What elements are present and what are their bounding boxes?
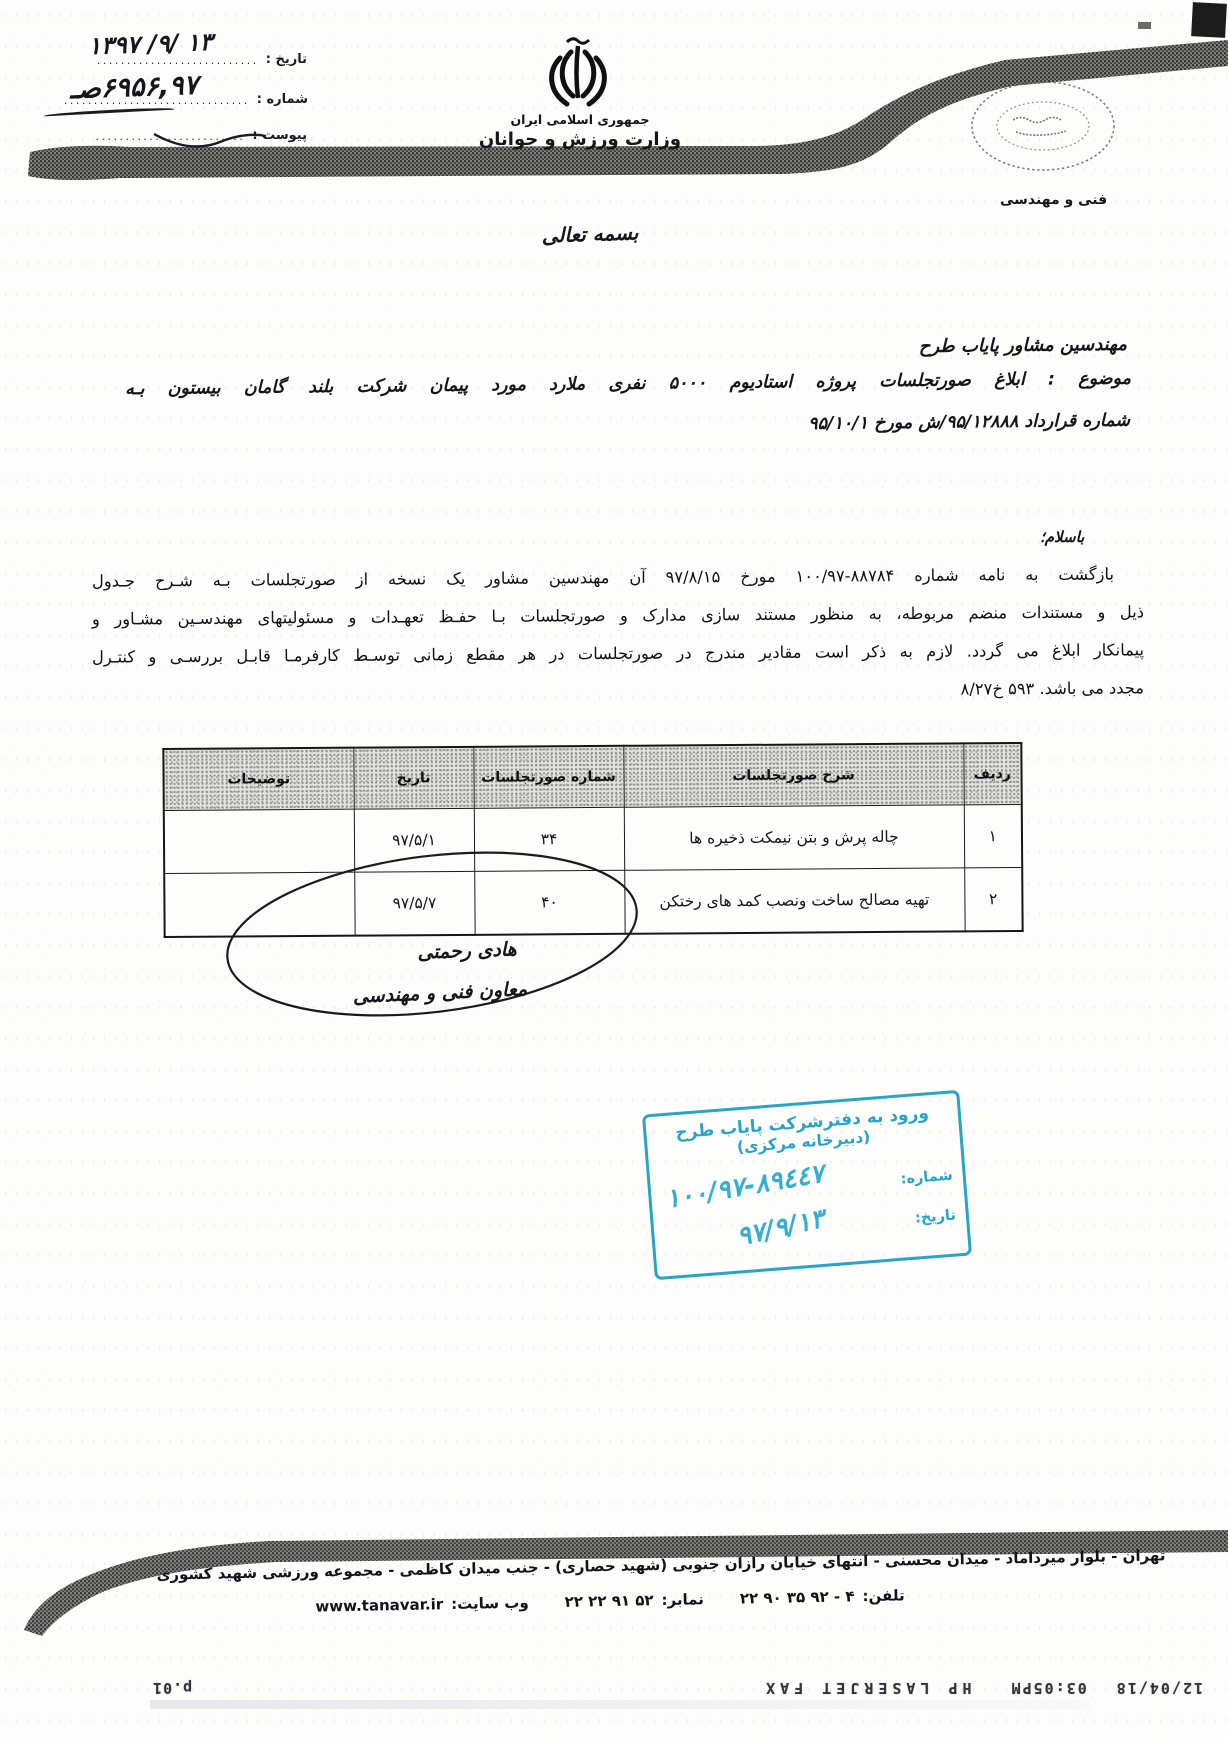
iran-emblem-icon — [545, 34, 611, 112]
table-header-row: ردیف شرح صورتجلسات شماره صورتجلسات تاریخ… — [163, 743, 1021, 810]
fax-device: HP LASERJET FAX — [761, 1679, 971, 1697]
col-header-shomareh: شماره صورتجلسات — [473, 746, 623, 809]
entry-stamp-date-label: تاریخ: — [914, 1207, 956, 1226]
fax-label: نمابر: — [661, 1590, 704, 1609]
subject-line-1: موضوع : ابلاغ صورتجلسات پروژه استادیوم ۵… — [125, 369, 1131, 400]
scan-corner-blob — [1191, 2, 1227, 38]
handwritten-number: ۶۹۵۶,۹۷صـ — [69, 70, 198, 105]
cell-radif: ۱ — [964, 805, 1022, 868]
besmele-calligraphy: بسمه تعالی — [500, 219, 681, 249]
fax-number: ۲۲ ۲۲ ۹۱ ۵۲ — [564, 1591, 653, 1611]
salutation: باسلام؛ — [1040, 528, 1084, 546]
attachment-scribble — [150, 120, 270, 156]
oval-seal-stamp — [968, 78, 1118, 174]
subject-line-2: شماره قرارداد ۹۵/۱۲۸۸۸/ش مورخ ۹۵/۱۰/۱ — [500, 411, 1130, 438]
cell-sharh: تهیه مصالح ساخت ونصب کمد های رختکن — [624, 868, 964, 934]
date-label: تاریخ : — [266, 52, 307, 67]
fax-header-line: 12/04/18 03:05PM HP LASERJET FAX p.01 — [0, 1676, 1228, 1700]
phone-label: تلفن: — [862, 1586, 904, 1605]
cell-radif: ۲ — [964, 868, 1022, 932]
col-header-tarikh: تاریخ — [353, 747, 473, 809]
entry-stamp-number-label: شماره: — [900, 1168, 953, 1188]
fax-page-number: p.01 — [152, 1679, 192, 1697]
entry-stamp-date-handwritten: ۹۷/۹/۱۳ — [734, 1204, 827, 1253]
department-title: فنی و مهندسی — [1000, 192, 1140, 208]
website-label: وب سایت: — [451, 1594, 529, 1613]
entry-stamp: ورود به دفترشرکت پایاب طرح (دبیرخانه مرک… — [642, 1090, 972, 1280]
body-line-4: مجدد می باشد. ۵۹۳ خ۸/۲۷ — [92, 676, 1144, 708]
ministry-title: وزارت ورزش و جوانان — [450, 129, 710, 150]
republic-title: جمهوری اسلامی ایران — [470, 112, 690, 127]
scanned-letter-page: تاریخ : ................................… — [0, 0, 1228, 1742]
body-line-2: ذیل و مستندات منضم مربوطه، به منظور مستن… — [92, 600, 1144, 632]
handwritten-date: ۱۳۹۷ /۹/ ۱۳ — [88, 28, 213, 60]
entry-stamp-number-handwritten: ۱۰۰/۹۷-۸۹٤٤۷ — [664, 1159, 827, 1215]
website-url: www.tanavar.ir — [315, 1595, 443, 1615]
body-line-3: پیمانکار ابلاغ می گردد. لازم به ذکر است … — [92, 638, 1144, 670]
cell-sharh: چاله پرش و بتن نیمکت ذخیره ها — [624, 805, 964, 870]
fax-smear — [150, 1700, 1090, 1709]
body-line-1: بازگشت به نامه شماره ۸۸۷۸۴-۱۰۰/۹۷ مورخ ۹… — [92, 562, 1144, 594]
phone-number: ۲۲ ۹۰ ۳۵ ۹۲ - ۴ — [740, 1587, 855, 1607]
col-header-sharh: شرح صورتجلسات — [623, 743, 963, 807]
col-header-tozihat: توضیحات — [163, 748, 353, 811]
footer-fax: نمابر: ۲۲ ۲۲ ۹۱ ۵۲ — [564, 1590, 704, 1611]
fax-date: 12/04/18 — [1115, 1679, 1203, 1697]
recipient-line: مهندسین مشاور پایاب طرح — [725, 334, 1127, 359]
footer-phone: تلفن: ۲۲ ۹۰ ۳۵ ۹۲ - ۴ — [740, 1586, 905, 1607]
fax-time: 03:05PM — [1010, 1679, 1087, 1697]
col-header-radif: ردیف — [963, 743, 1021, 805]
number-label: شماره : — [257, 92, 308, 107]
